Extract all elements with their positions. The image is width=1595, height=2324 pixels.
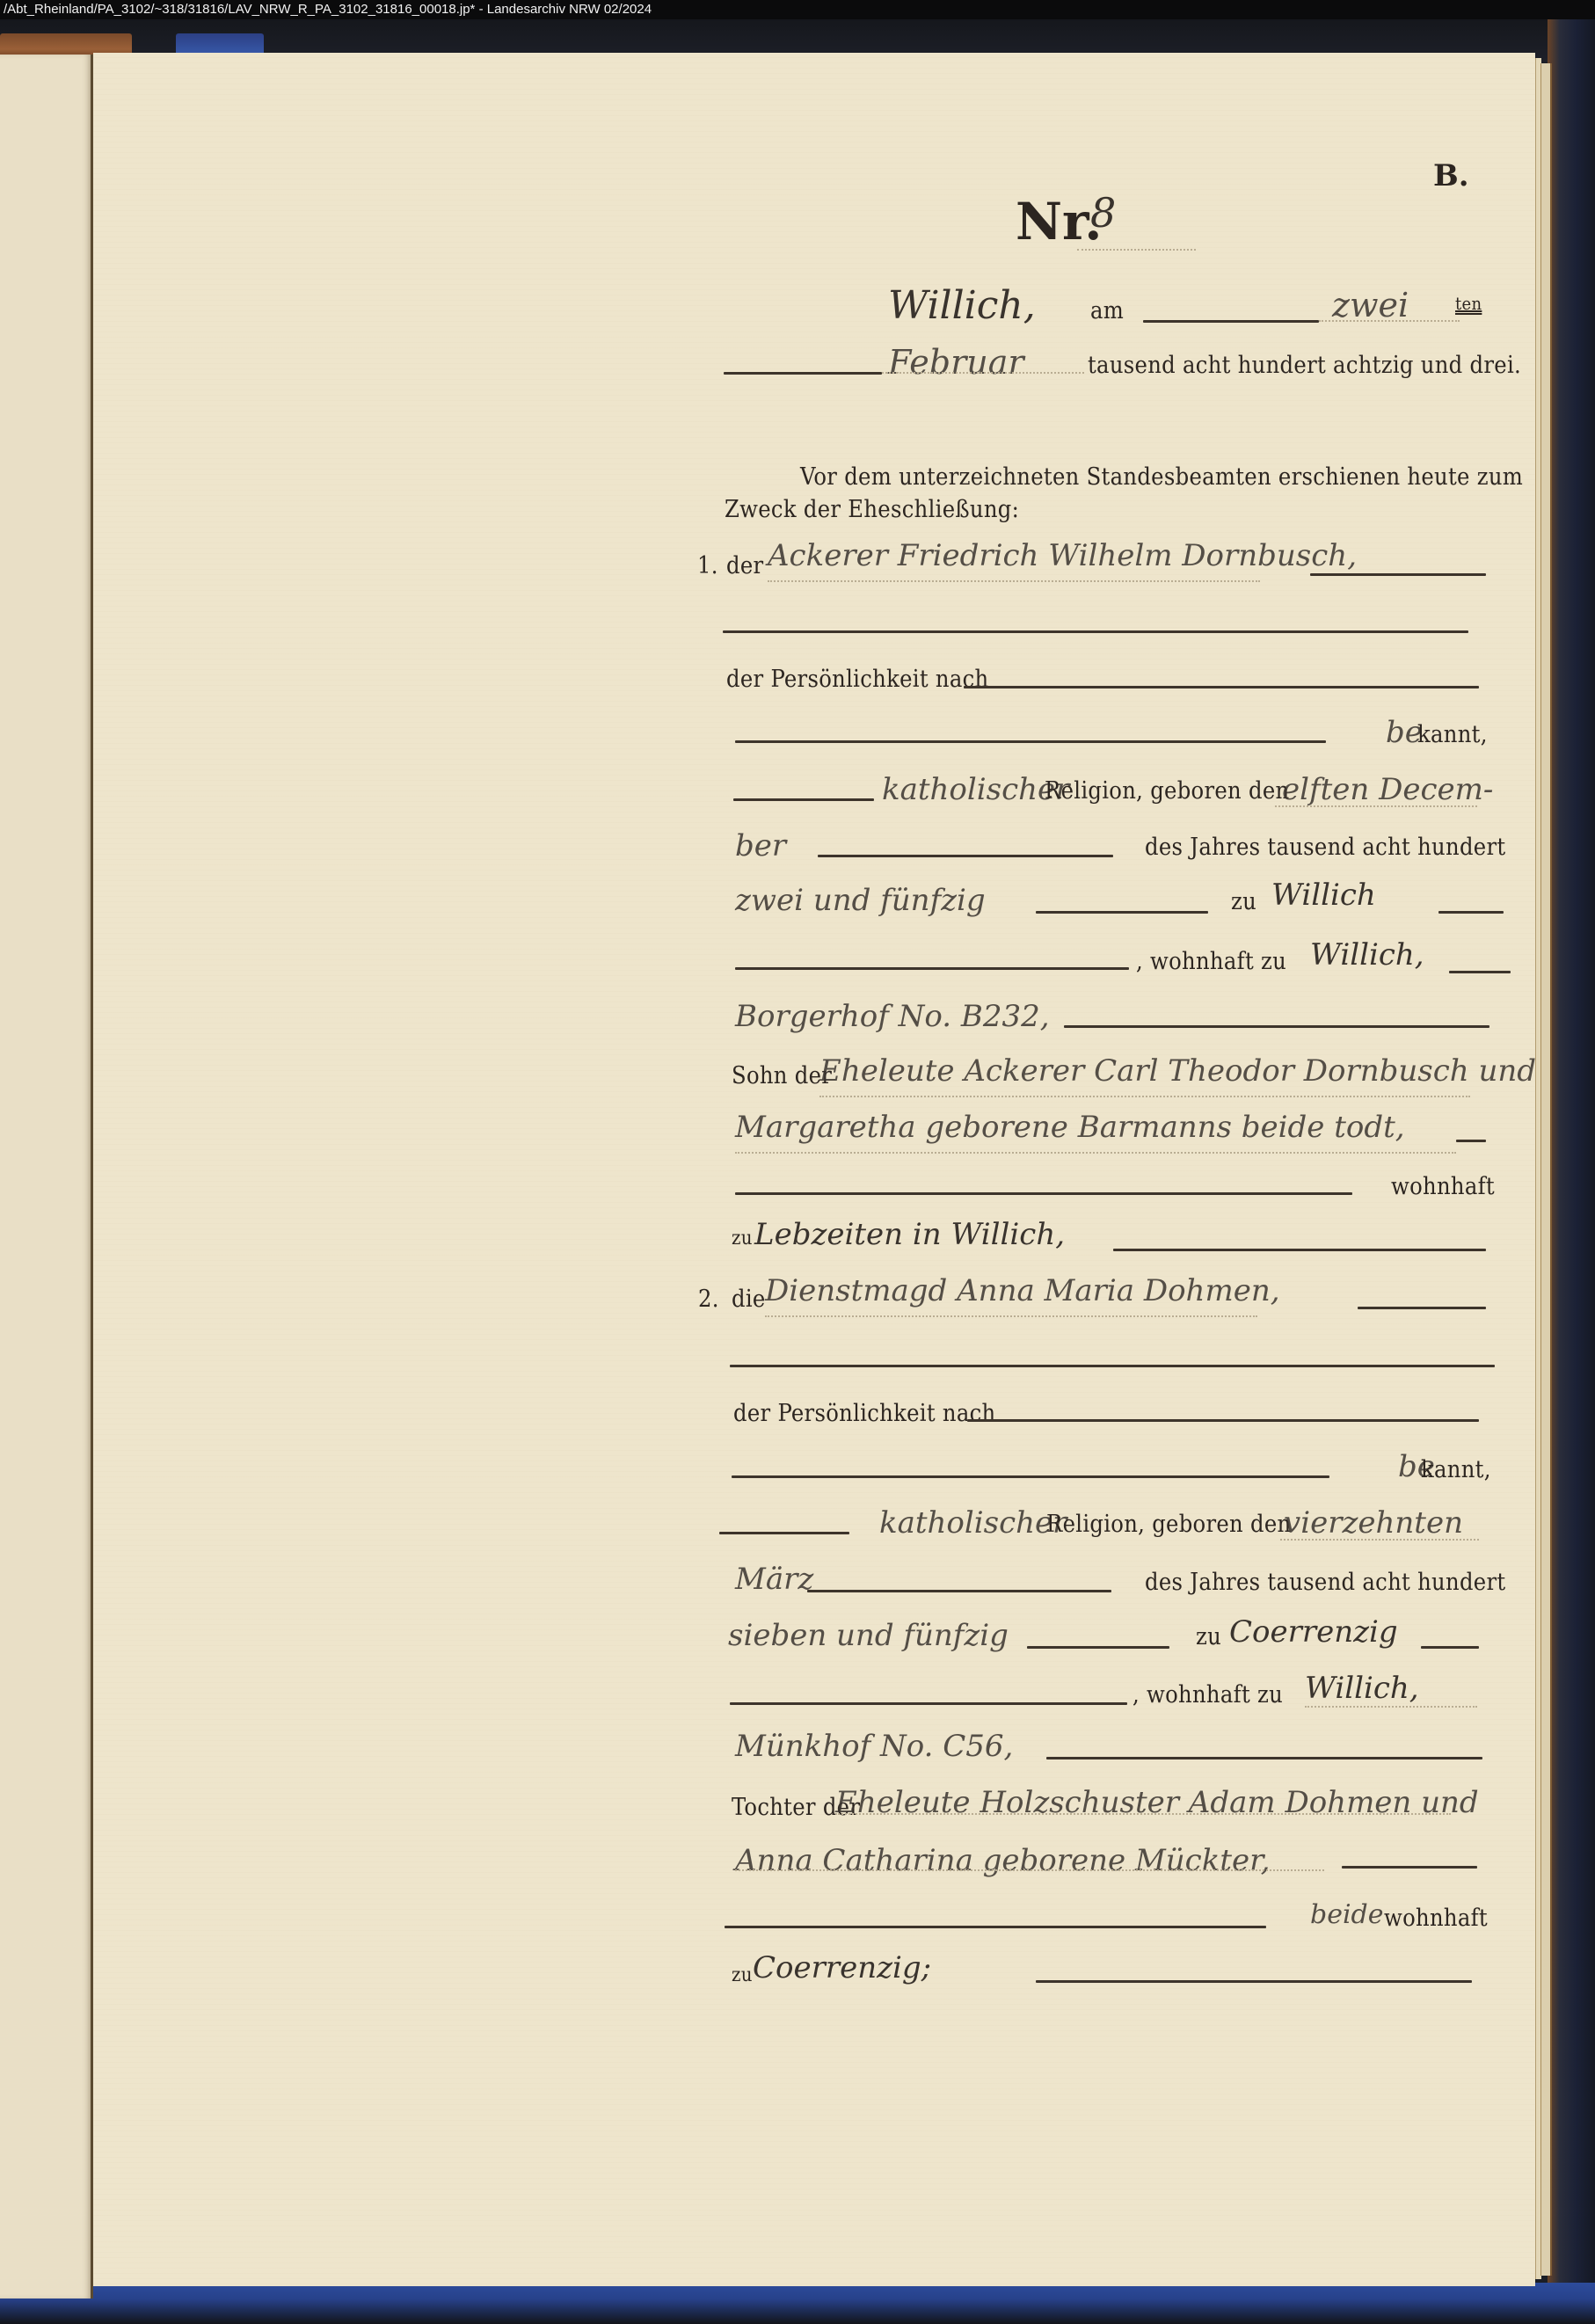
groom-residence-label: , wohnhaft zu [1136,948,1286,975]
groom-birthplace-label: zu [1231,888,1256,915]
bride-birthplace-handwritten: Coerrenzig [1229,1614,1398,1650]
groom-article: der [726,552,763,579]
bride-parents-line2: Anna Catharina geborene Mückter, [735,1843,1270,1878]
year-text: tausend acht hundert achtzig und drei. [1088,352,1521,379]
form-rule [807,1590,1111,1592]
form-rule [1027,1646,1169,1649]
bride-article: die [732,1286,766,1313]
form-rule [733,798,874,801]
groom-religion-label: Religion, geboren den [1045,777,1289,805]
form-rule [735,967,1129,970]
groom-index: 1. [697,552,718,579]
form-rule [1456,1140,1486,1142]
dotted-line [1275,805,1477,807]
form-rule [735,1192,1352,1195]
bride-birth-day-handwritten: vierzehnten [1284,1505,1463,1541]
groom-parents-residence-prefix: zu [732,1228,753,1249]
form-rule [1449,971,1511,973]
dotted-line [735,1869,1324,1871]
bride-name-handwritten: Dienstmagd Anna Maria Dohmen, [765,1273,1280,1308]
day-handwritten: zwei [1332,286,1409,324]
month-handwritten: Februar [888,343,1024,382]
form-rule [730,1702,1127,1705]
window-title-bar: /Abt_Rheinland/PA_3102/~318/31816/LAV_NR… [0,0,1595,19]
bride-birth-year-handwritten: sieben und fünfzig [728,1618,1009,1653]
form-rule [964,686,1479,688]
dotted-line [819,1096,1470,1097]
window-title: /Abt_Rheinland/PA_3102/~318/31816/LAV_NR… [4,2,652,17]
dotted-line [1077,249,1196,251]
dotted-line [835,1813,1451,1815]
bride-parents-residence-prefix-handwritten: beide [1310,1899,1384,1930]
groom-parents-line1: Eheleute Ackerer Carl Theodor Dornbusch … [819,1053,1536,1089]
groom-name-handwritten: Ackerer Friedrich Wilhelm Dornbusch, [768,538,1357,573]
form-rule [1064,1025,1489,1028]
bride-birth-month-handwritten: März [735,1562,813,1597]
form-rule [1143,320,1319,323]
dotted-line [1280,1539,1479,1541]
bride-religion-label: Religion, geboren den [1046,1511,1291,1538]
form-letter: B. [1433,158,1469,193]
form-rule [732,1475,1329,1478]
bride-residence-handwritten: Willich, [1305,1671,1419,1706]
form-rule [1113,1249,1486,1251]
bride-parents-residence-handwritten: Coerrenzig; [753,1950,931,1985]
groom-birthplace-handwritten: Willich [1271,878,1376,913]
bride-religion-handwritten: katholischer [879,1505,1067,1541]
day-suffix: ten [1455,293,1482,314]
groom-known-label: kannt, [1417,721,1488,748]
groom-residence-handwritten: Willich, [1310,937,1424,973]
form-rule [1438,911,1504,914]
bride-parents-line1: Eheleute Holzschuster Adam Dohmen und [835,1785,1479,1820]
groom-year-label: des Jahres tausend acht hundert [1145,834,1505,861]
form-rule [1358,1307,1486,1309]
groom-parents-residence-label: wohnhaft [1391,1173,1495,1200]
book-cover-bottom [0,2283,1595,2324]
form-rule [725,1926,1266,1928]
groom-religion-handwritten: katholischer [882,772,1069,807]
dotted-line [765,1315,1257,1317]
groom-address-handwritten: Borgerhof No. B232, [735,999,1050,1034]
am-label: am [1090,297,1124,324]
groom-birth-year-handwritten: zwei und fünfzig [735,883,986,918]
groom-parents-line2: Margaretha geborene Barmanns beide todt, [735,1110,1405,1145]
form-rule [719,1532,849,1534]
book-cover-right [1548,19,1595,2324]
form-rule [723,630,1468,633]
bride-parents-residence-prefix: zu [732,1964,753,1986]
bride-residence-label: , wohnhaft zu [1133,1681,1283,1708]
form-rule [818,855,1113,857]
bride-address-handwritten: Münkhof No. C56, [735,1729,1013,1764]
bride-parents-residence-label: wohnhaft [1384,1905,1488,1932]
intro-line-1: Vor dem unterzeichneten Standesbeamten e… [800,463,1523,491]
form-rule [724,372,882,375]
dotted-line [768,580,1260,582]
bride-year-label: des Jahres tausend acht hundert [1145,1569,1505,1596]
page-edge [1540,63,1552,2276]
form-rule [1421,1646,1479,1649]
dotted-line [1305,1706,1477,1708]
form-rule [967,1419,1479,1422]
record-number-value: 8 [1090,189,1116,237]
groom-identity-label: der Persönlichkeit nach [726,666,988,693]
bride-identity-label: der Persönlichkeit nach [733,1400,995,1427]
form-rule [1310,573,1486,576]
dotted-line [882,372,1084,374]
intro-line-2: Zweck der Eheschließung: [725,496,1019,523]
place-handwritten: Willich, [888,283,1036,328]
form-rule [730,1365,1495,1367]
groom-parents-residence-handwritten: Lebzeiten in Willich, [754,1217,1065,1252]
groom-birth-day-handwritten: elften Decem- [1282,772,1493,807]
form-rule [1036,911,1208,914]
groom-parents-label: Sohn der [732,1062,832,1089]
form-rule [1036,1980,1472,1983]
groom-birth-month-handwritten: ber [735,828,786,863]
bride-index: 2. [698,1286,719,1313]
form-rule [1046,1757,1482,1759]
bride-known-label: kannt, [1421,1456,1491,1483]
form-rule [1342,1866,1477,1869]
left-page [0,55,91,2299]
form-rule [735,740,1326,743]
bride-birthplace-label: zu [1196,1623,1221,1650]
dotted-line [735,1152,1456,1154]
record-number-label: Nr. [1016,192,1102,251]
